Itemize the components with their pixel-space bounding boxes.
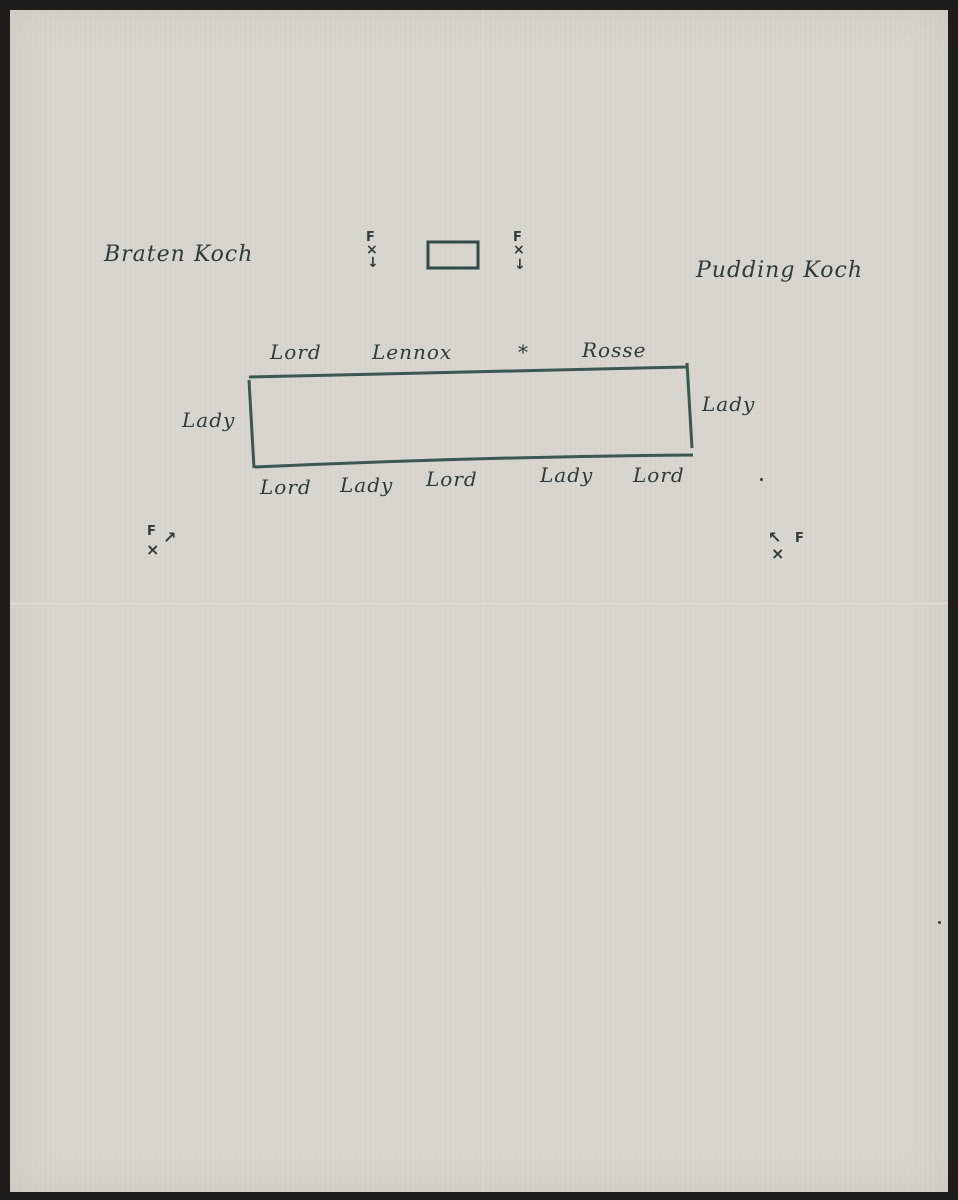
label-pudding-koch: Pudding Koch	[696, 258, 863, 283]
seat-left-lady: Lady	[182, 408, 235, 432]
marker-bottom-left-f-letter: F	[147, 524, 156, 539]
seat-top-lord: Lord	[270, 340, 322, 364]
seat-bottom-lady-2: Lady	[540, 463, 593, 487]
seat-bottom-lord-3: Lord	[633, 463, 685, 487]
asterisk-icon: *	[518, 340, 529, 364]
arrow-up-right-icon: ↗	[163, 528, 176, 547]
seat-right-lady: Lady	[702, 392, 755, 416]
seat-bottom-lord-2: Lord	[426, 467, 478, 491]
arrow-down-icon: ↓	[367, 255, 379, 271]
seat-top-rosse: Rosse	[582, 338, 646, 362]
horizontal-fold-line	[10, 602, 948, 605]
arrow-down-icon: ↓	[514, 257, 526, 273]
marker-top-right-cross-icon: ×	[513, 242, 525, 258]
seat-bottom-lady-1: Lady	[340, 473, 393, 497]
arrow-up-left-icon: ↖	[768, 528, 781, 547]
paper-sheet	[10, 10, 948, 1192]
seat-bottom-lord-1: Lord	[260, 475, 312, 499]
marker-bottom-right-f-letter: F	[795, 531, 804, 546]
ink-speck	[760, 478, 763, 481]
label-braten-koch: Braten Koch	[104, 242, 253, 267]
vertical-fold-line	[482, 10, 484, 1192]
marker-bottom-left-cross-icon: ×	[146, 540, 159, 559]
ink-speck	[938, 921, 941, 924]
seat-top-lennox: Lennox	[372, 340, 452, 364]
